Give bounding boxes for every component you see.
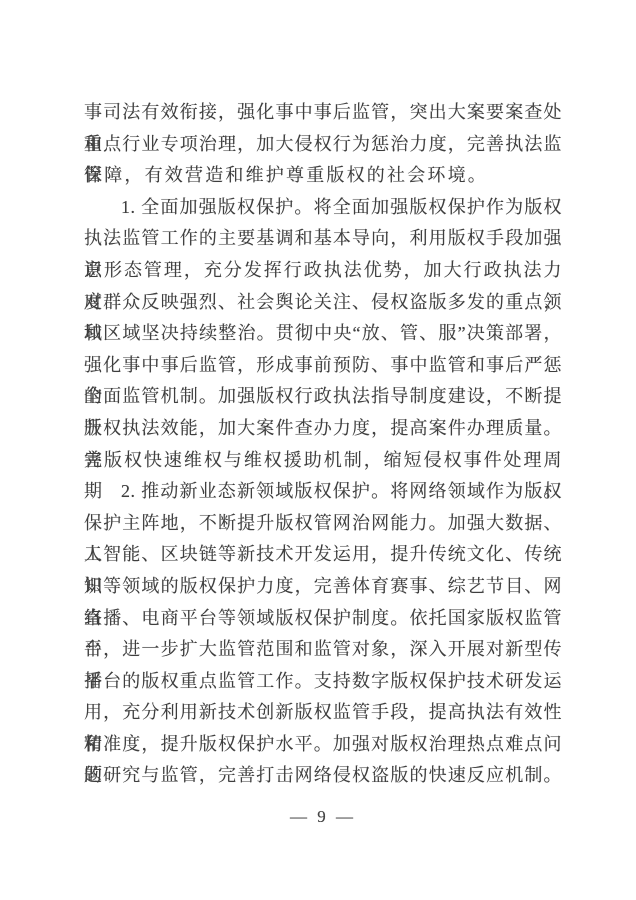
text-line: 事司法有效衔接，强化事中事后监管，突出大案要案查处和 <box>84 97 562 129</box>
text-line: 2. 推动新业态新领域版权保护。将网络领域作为版权 <box>84 476 562 508</box>
text-line: 保障，有效营造和维护尊重版权的社会环境。 <box>84 160 562 192</box>
text-line: 识形态管理，充分发挥行政执法优势，加大行政执法力度， <box>84 255 562 287</box>
text-line: 善版权快速维权与维权援助机制，缩短侵权事件处理周期。 <box>84 445 562 477</box>
page-number: — 9 — <box>290 807 356 826</box>
text-line: 1. 全面加强版权保护。将全面加强版权保护作为版权 <box>84 192 562 224</box>
text-line: 执法监管工作的主要基调和基本导向，利用版权手段加强意 <box>84 223 562 255</box>
text-line: 重点行业专项治理，加大侵权行为惩治力度，完善执法监管 <box>84 129 562 161</box>
text-line: 保护主阵地，不断提升版权管网治网能力。加强大数据、人 <box>84 508 562 540</box>
text-line: 版权执法效能，加大案件查办力度，提高案件办理质量。完 <box>84 413 562 445</box>
text-line: 对群众反映强烈、社会舆论关注、侵权盗版多发的重点领域 <box>84 287 562 319</box>
text-line: 用，充分利用新技术创新版权监管手段，提高执法有效性和 <box>84 697 562 729</box>
text-line: 全面监管机制。加强版权行政执法指导制度建设，不断提升 <box>84 381 562 413</box>
text-line: 和区域坚决持续整治。贯彻中央“放、管、服”决策部署， <box>84 318 562 350</box>
page-footer: — 9 — <box>84 803 562 831</box>
text-line: 直播、电商平台等领域版权保护制度。依托国家版权监管平 <box>84 603 562 635</box>
text-line: 平台的版权重点监管工作。支持数字版权保护技术研发运 <box>84 666 562 698</box>
document-body: 事司法有效衔接，强化事中事后监管，突出大案要案查处和 重点行业专项治理，加大侵权… <box>84 97 562 792</box>
text-line: 的研究与监管，完善打击网络侵权盗版的快速反应机制。 <box>84 760 562 792</box>
text-line: 台，进一步扩大监管范围和监管对象，深入开展对新型传播 <box>84 634 562 666</box>
text-line: 识等领域的版权保护力度，完善体育赛事、综艺节目、网络 <box>84 571 562 603</box>
text-line: 精准度，提升版权保护水平。加强对版权治理热点难点问题 <box>84 729 562 761</box>
document-page: 事司法有效衔接，强化事中事后监管，突出大案要案查处和 重点行业专项治理，加大侵权… <box>0 0 636 900</box>
text-line: 工智能、区块链等新技术开发运用，提升传统文化、传统知 <box>84 539 562 571</box>
text-line: 强化事中事后监管，形成事前预防、事中监管和事后严惩的 <box>84 350 562 382</box>
